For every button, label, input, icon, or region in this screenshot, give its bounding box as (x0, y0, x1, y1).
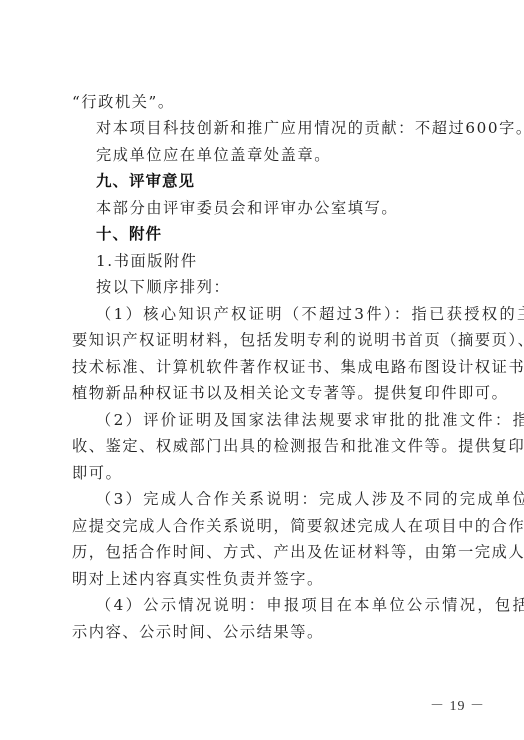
item-3-line-2: 应提交完成人合作关系说明，简要叙述完成人在项目中的合作经 (72, 516, 524, 536)
text-line-contribution: 对本项目科技创新和推广应用情况的贡献：不超过600字。 (96, 118, 524, 138)
item-3-line-4: 明对上述内容真实性负责并签字。 (72, 569, 324, 589)
item-1-line-2: 要知识产权证明材料，包括发明专利的说明书首页（摘要页）、 (72, 330, 524, 350)
item-1-line-4: 植物新品种权证书以及相关论文专著等。提供复印件即可。 (72, 383, 508, 403)
item-2-line-2: 收、鉴定、权威部门出具的检测报告和批准文件等。提供复印件 (72, 436, 524, 456)
section-heading-attachments: 十、附件 (96, 224, 162, 244)
item-2-line-3: 即可。 (72, 463, 122, 483)
subheading-paper-attachments: 1.书面版附件 (96, 251, 198, 271)
text-line-seal: 完成单位应在单位盖章处盖章。 (96, 145, 331, 165)
item-3-line-3: 历，包括合作时间、方式、产出及佐证材料等，由第一完成人声 (72, 542, 524, 562)
item-1-line-3: 技术标准、计算机软件著作权证书、集成电路布图设计权证书、 (72, 357, 524, 377)
page-number: － 19 － (430, 695, 485, 715)
item-2-line-1: （2）评价证明及国家法律法规要求审批的批准文件：指验 (96, 410, 524, 430)
item-3-line-1: （3）完成人合作关系说明：完成人涉及不同的完成单位时， (96, 489, 524, 509)
text-line-administrative-organ: “行政机关”。 (72, 92, 175, 112)
item-4-line-2: 示内容、公示时间、公示结果等。 (72, 622, 324, 642)
item-1-line-1: （1）核心知识产权证明（不超过3件）：指已获授权的主 (96, 304, 524, 324)
section-heading-review-opinion: 九、评审意见 (96, 171, 195, 191)
text-line-review-fill: 本部分由评审委员会和评审办公室填写。 (96, 198, 398, 218)
text-line-order: 按以下顺序排列： (96, 277, 230, 297)
item-4-line-1: （4）公示情况说明：申报项目在本单位公示情况，包括公 (96, 595, 524, 615)
document-page: “行政机关”。 对本项目科技创新和推广应用情况的贡献：不超过600字。 完成单位… (0, 0, 524, 740)
